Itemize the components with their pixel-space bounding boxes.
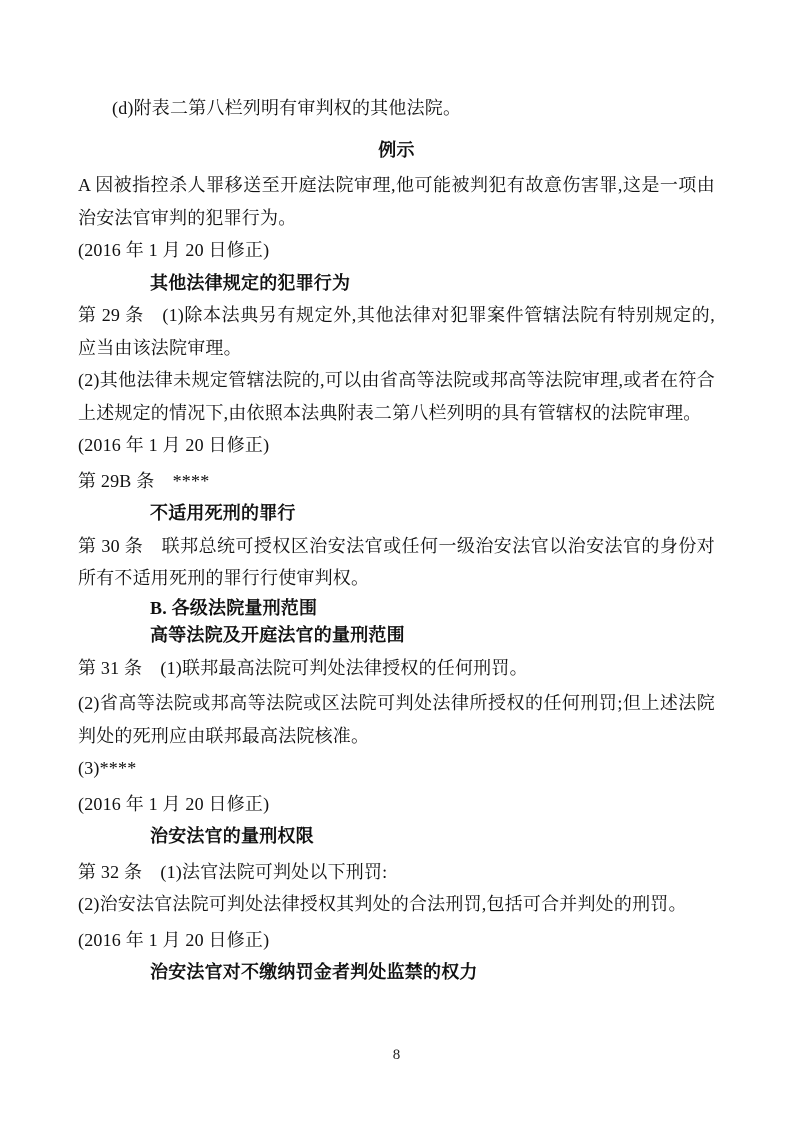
document-body: (d)附表二第八栏列明有审判权的其他法院。 例示 A 因被指控杀人罪移送至开庭法…: [78, 92, 715, 989]
heading-high-court-sentencing: 高等法院及开庭法官的量刑范围: [78, 622, 715, 649]
page-number: 8: [0, 1046, 793, 1064]
heading-section-b: B. 各级法院量刑范围: [78, 595, 715, 622]
article-29-clause-2: (2)其他法律未规定管辖法院的,可以由省高等法院或邦高等法院审理,或者在符合上述…: [78, 364, 715, 429]
article-31-clause-1: 第 31 条 (1)联邦最高法院可判处法律授权的任何刑罚。: [78, 652, 715, 685]
heading-magistrate-sentencing-power: 治安法官的量刑权限: [78, 820, 715, 853]
heading-magistrate-imprisonment-power: 治安法官对不缴纳罚金者判处监禁的权力: [78, 956, 715, 989]
heading-non-capital-offences: 不适用死刑的罪行: [78, 497, 715, 530]
amendment-note: (2016 年 1 月 20 日修正): [78, 429, 715, 462]
article-29-clause-1: 第 29 条 (1)除本法典另有规定外,其他法律对犯罪案件管辖法院有特别规定的,…: [78, 299, 715, 364]
article-30: 第 30 条 联邦总统可授权区治安法官或任何一级治安法官以治安法官的身份对所有不…: [78, 530, 715, 595]
heading-example: 例示: [78, 134, 715, 167]
article-29b: 第 29B 条 ****: [78, 465, 715, 498]
article-31-clause-3: (3)****: [78, 752, 715, 785]
amendment-note: (2016 年 1 月 20 日修正): [78, 924, 715, 957]
article-32-clause-1: 第 32 条 (1)法官法院可判处以下刑罚:: [78, 856, 715, 889]
clause-d-item: (d)附表二第八栏列明有审判权的其他法院。: [78, 92, 715, 125]
document-page: (d)附表二第八栏列明有审判权的其他法院。 例示 A 因被指控杀人罪移送至开庭法…: [0, 0, 793, 1122]
amendment-note: (2016 年 1 月 20 日修正): [78, 788, 715, 821]
article-31-clause-2: (2)省高等法院或邦高等法院或区法院可判处法律所授权的任何刑罚;但上述法院判处的…: [78, 687, 715, 752]
amendment-note: (2016 年 1 月 20 日修正): [78, 234, 715, 267]
article-32-clause-2: (2)治安法官法院可判处法律授权其判处的合法刑罚,包括可合并判处的刑罚。: [78, 888, 715, 921]
heading-other-law-offences: 其他法律规定的犯罪行为: [78, 267, 715, 300]
paragraph-example-text: A 因被指控杀人罪移送至开庭法院审理,他可能被判犯有故意伤害罪,这是一项由治安法…: [78, 169, 715, 234]
